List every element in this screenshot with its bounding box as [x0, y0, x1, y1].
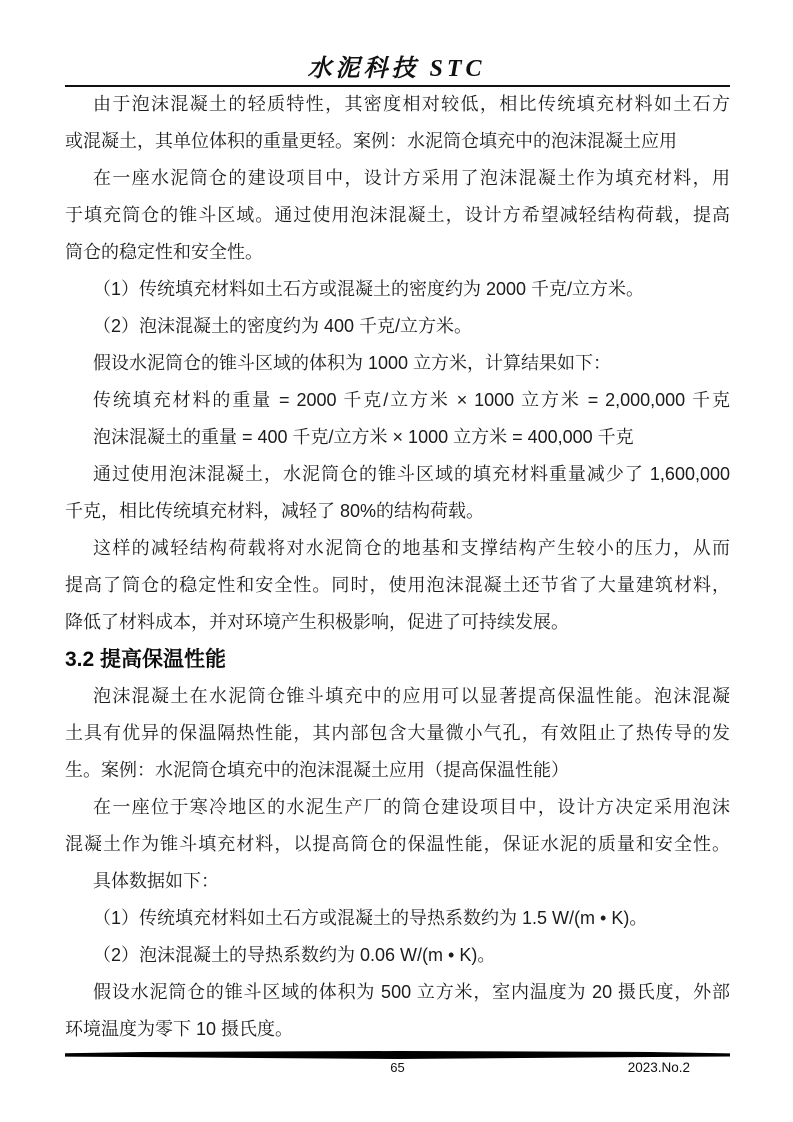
text-line: 泡沫混凝土的重量 = 400 千克/立方米 × 1000 立方米 = 400,0… — [65, 419, 730, 456]
text-line: 在一座位于寒冷地区的水泥生产厂的筒仓建设项目中，设计方决定采用泡沫 — [65, 789, 730, 826]
text-line: 假设水泥筒仓的锥斗区域的体积为 500 立方米，室内温度为 20 摄氏度，外部 — [65, 974, 730, 1011]
text-line: 生。案例：水泥筒仓填充中的泡沫混凝土应用（提高保温性能） — [65, 752, 730, 789]
text-line: 环境温度为零下 10 摄氏度。 — [65, 1011, 730, 1048]
text-line: 混凝土作为锥斗填充材料，以提高筒仓的保温性能，保证水泥的质量和安全性。 — [65, 826, 730, 863]
text-line: 这样的减轻结构荷载将对水泥筒仓的地基和支撑结构产生较小的压力，从而 — [65, 530, 730, 567]
section-heading: 3.2 提高保温性能 — [65, 641, 730, 678]
text-line: 土具有优异的保温隔热性能，其内部包含大量微小气孔，有效阻止了热传导的发 — [65, 715, 730, 752]
text-line: 由于泡沫混凝土的轻质特性，其密度相对较低，相比传统填充材料如土石方 — [65, 86, 730, 123]
text-line: 具体数据如下： — [65, 863, 730, 900]
text-line: 或混凝土，其单位体积的重量更轻。案例：水泥筒仓填充中的泡沫混凝土应用 — [65, 123, 730, 160]
text-line: 泡沫混凝土在水泥筒仓锥斗填充中的应用可以显著提高保温性能。泡沫混凝 — [65, 678, 730, 715]
text-line: 千克，相比传统填充材料，减轻了 80%的结构荷载。 — [65, 493, 730, 530]
text-line: （2）泡沫混凝土的导热系数约为 0.06 W/(m • K)。 — [65, 937, 730, 974]
text-line: 传统填充材料的重量 = 2000 千克/立方米 × 1000 立方米 = 2,0… — [65, 382, 730, 419]
text-line: （1）传统填充材料如土石方或混凝土的密度约为 2000 千克/立方米。 — [65, 271, 730, 308]
journal-title: 水泥科技 STC — [0, 48, 793, 83]
document-page: 水泥科技 STC 由于泡沫混凝土的轻质特性，其密度相对较低，相比传统填充材料如土… — [0, 0, 793, 1122]
document-body: 由于泡沫混凝土的轻质特性，其密度相对较低，相比传统填充材料如土石方或混凝土，其单… — [65, 86, 730, 1048]
text-line: 于填充筒仓的锥斗区域。通过使用泡沫混凝土，设计方希望减轻结构荷载，提高 — [65, 197, 730, 234]
issue-label: 2023.No.2 — [628, 1060, 690, 1075]
text-line: 降低了材料成本，并对环境产生积极影响，促进了可持续发展。 — [65, 604, 730, 641]
footer-bar — [65, 1051, 730, 1059]
text-line: （2）泡沫混凝土的密度约为 400 千克/立方米。 — [65, 308, 730, 345]
text-line: 假设水泥筒仓的锥斗区域的体积为 1000 立方米，计算结果如下： — [65, 345, 730, 382]
text-line: 筒仓的稳定性和安全性。 — [65, 234, 730, 271]
text-line: 提高了筒仓的稳定性和安全性。同时，使用泡沫混凝土还节省了大量建筑材料， — [65, 567, 730, 604]
text-line: 通过使用泡沫混凝土，水泥筒仓的锥斗区域的填充材料重量减少了 1,600,000 — [65, 456, 730, 493]
text-line: （1）传统填充材料如土石方或混凝土的导热系数约为 1.5 W/(m • K)。 — [65, 900, 730, 937]
page-footer: 65 2023.No.2 — [65, 1060, 730, 1080]
text-line: 在一座水泥筒仓的建设项目中，设计方采用了泡沫混凝土作为填充材料，用 — [65, 160, 730, 197]
